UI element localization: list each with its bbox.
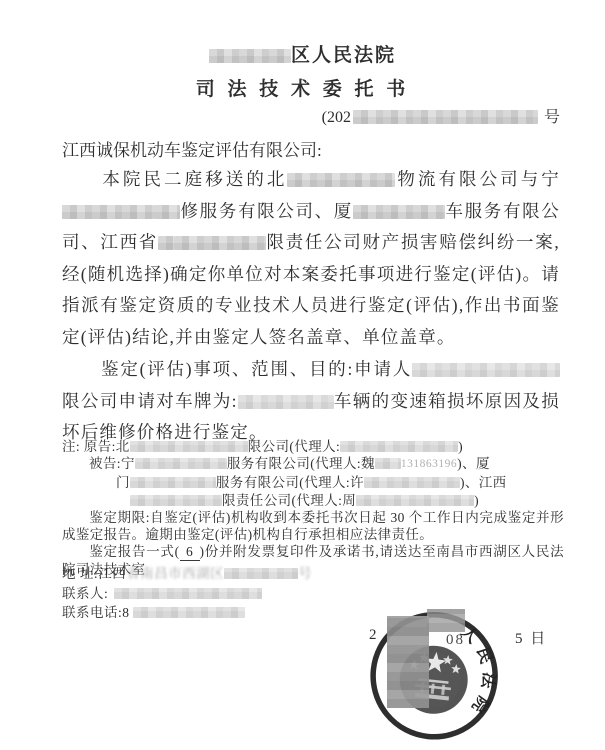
redaction-block — [353, 205, 445, 219]
redaction-block — [62, 205, 154, 219]
address-visible: 江西 — [98, 566, 126, 581]
defendant-text: )、江西 — [460, 475, 507, 490]
redaction-block — [364, 477, 460, 488]
note-defendant-2: 门服务有限公司(代理人:许)、江西 — [62, 474, 564, 491]
report-text: 鉴定报告一式( — [89, 544, 180, 559]
note-defendant-3: 限责任公司(代理人:周) — [62, 492, 564, 509]
note-deadline: 鉴定期限:自鉴定(评估)机构收到本委托书次日起 30 个工作日内完成鉴定并形成鉴… — [62, 509, 564, 543]
note-defendant-1: 被告:宁服务有限公司(代理人:魏131863196)、厦 — [62, 455, 564, 474]
defendant-text: 服务有限公司(代理人:许 — [216, 475, 364, 490]
p2-text: 限公司申请对车牌为: — [62, 391, 238, 411]
contact-person-label: 联系人: — [62, 586, 108, 601]
scanned-court-document: 区人民法院 司 法 技 术 委 托 书 (202号 江西诚保机动车鉴定评估有限公… — [0, 0, 605, 750]
redaction-block — [356, 495, 474, 506]
address-blurred-text: 省南昌市西湖区 — [126, 566, 224, 581]
defendant-label: 被告: — [89, 456, 121, 471]
redaction-block — [130, 477, 216, 488]
body-paragraph-1: 本院民二庭移送的北物流有限公司与宁修服务有限公司、厦车服务有限公司、江西省限责任… — [62, 164, 560, 353]
address-tail: 号 — [298, 566, 312, 581]
note-label: 注: — [62, 439, 80, 454]
phone-visible-digit: 8 — [122, 605, 129, 620]
plaintiff-text: ) — [458, 439, 463, 454]
redaction-block — [130, 495, 222, 506]
date-fragment-3: 5 日 — [515, 627, 547, 648]
address-label: 地 址: — [62, 566, 98, 581]
p2-text: 鉴定(评估)事项、范围、目的:申请人 — [101, 359, 413, 379]
redaction-block — [114, 588, 262, 599]
date-fragment-1: 2 — [369, 627, 379, 644]
p1-text: 修服务有限公司、厦 — [180, 201, 353, 221]
case-number-line: (202号 — [0, 104, 560, 127]
defendant-text: ) — [474, 493, 479, 508]
redaction-block — [375, 458, 401, 469]
redaction-block — [287, 173, 395, 187]
note-plaintiff: 注: 原告:北限公司(代理人:) — [62, 438, 564, 455]
contact-address: 地 址:江西省南昌市西湖区号 — [62, 566, 482, 582]
case-number-suffix: 号 — [544, 109, 560, 126]
redaction-block — [158, 236, 174, 250]
plaintiff-text: 北 — [116, 439, 130, 454]
p1-text: 物流有限公司与宁 — [395, 169, 560, 189]
redaction-block — [387, 616, 429, 708]
defendant-text: )、厦 — [457, 456, 490, 471]
faint-phone-digits: 131863196 — [401, 458, 457, 470]
redaction-block — [238, 395, 334, 409]
redaction-block — [412, 363, 560, 377]
defendant-text: 门 — [116, 475, 130, 490]
defendant-text: 宁 — [121, 456, 135, 471]
redaction-block — [224, 568, 298, 579]
document-title: 司 法 技 术 委 托 书 — [0, 74, 605, 101]
court-name-suffix: 区人民法院 — [291, 45, 396, 66]
plaintiff-label: 原告: — [84, 439, 116, 454]
redaction-block — [133, 607, 245, 618]
redaction-block — [130, 441, 248, 452]
redaction-block — [209, 49, 291, 63]
addressee-line: 江西诚保机动车鉴定评估有限公司: — [62, 136, 562, 161]
defendant-text: 限责任公司(代理人:周 — [222, 493, 356, 508]
contact-person: 联系人: — [62, 586, 482, 602]
plaintiff-text: 限公司(代理人: — [248, 439, 340, 454]
redaction-block — [154, 205, 180, 219]
p1-text: 本院民二庭移送的北 — [101, 169, 288, 189]
report-copy-count: 6 — [180, 543, 200, 561]
date-fragment-2: 08 — [446, 632, 465, 649]
redaction-block — [174, 236, 266, 250]
deadline-text: 鉴定期限:自鉴定(评估)机构收到本委托书次日起 30 个工作日内完成鉴定并形成鉴… — [62, 510, 564, 542]
notes-section: 注: 原告:北限公司(代理人:) 被告:宁服务有限公司(代理人:魏1318631… — [62, 438, 564, 579]
redaction-block — [135, 458, 227, 469]
redaction-block — [427, 609, 465, 632]
redaction-block — [340, 441, 458, 452]
defendant-text: 服务有限公司(代理人:魏 — [227, 456, 375, 471]
redaction-block — [353, 110, 538, 124]
contact-phone-label: 联系电话: — [62, 605, 122, 620]
case-number-prefix: (202 — [322, 109, 351, 126]
court-name-line: 区人民法院 — [0, 40, 605, 67]
body-paragraph-2: 鉴定(评估)事项、范围、目的:申请人限公司申请对车牌为:车辆的变速箱损坏原因及损… — [62, 354, 560, 449]
